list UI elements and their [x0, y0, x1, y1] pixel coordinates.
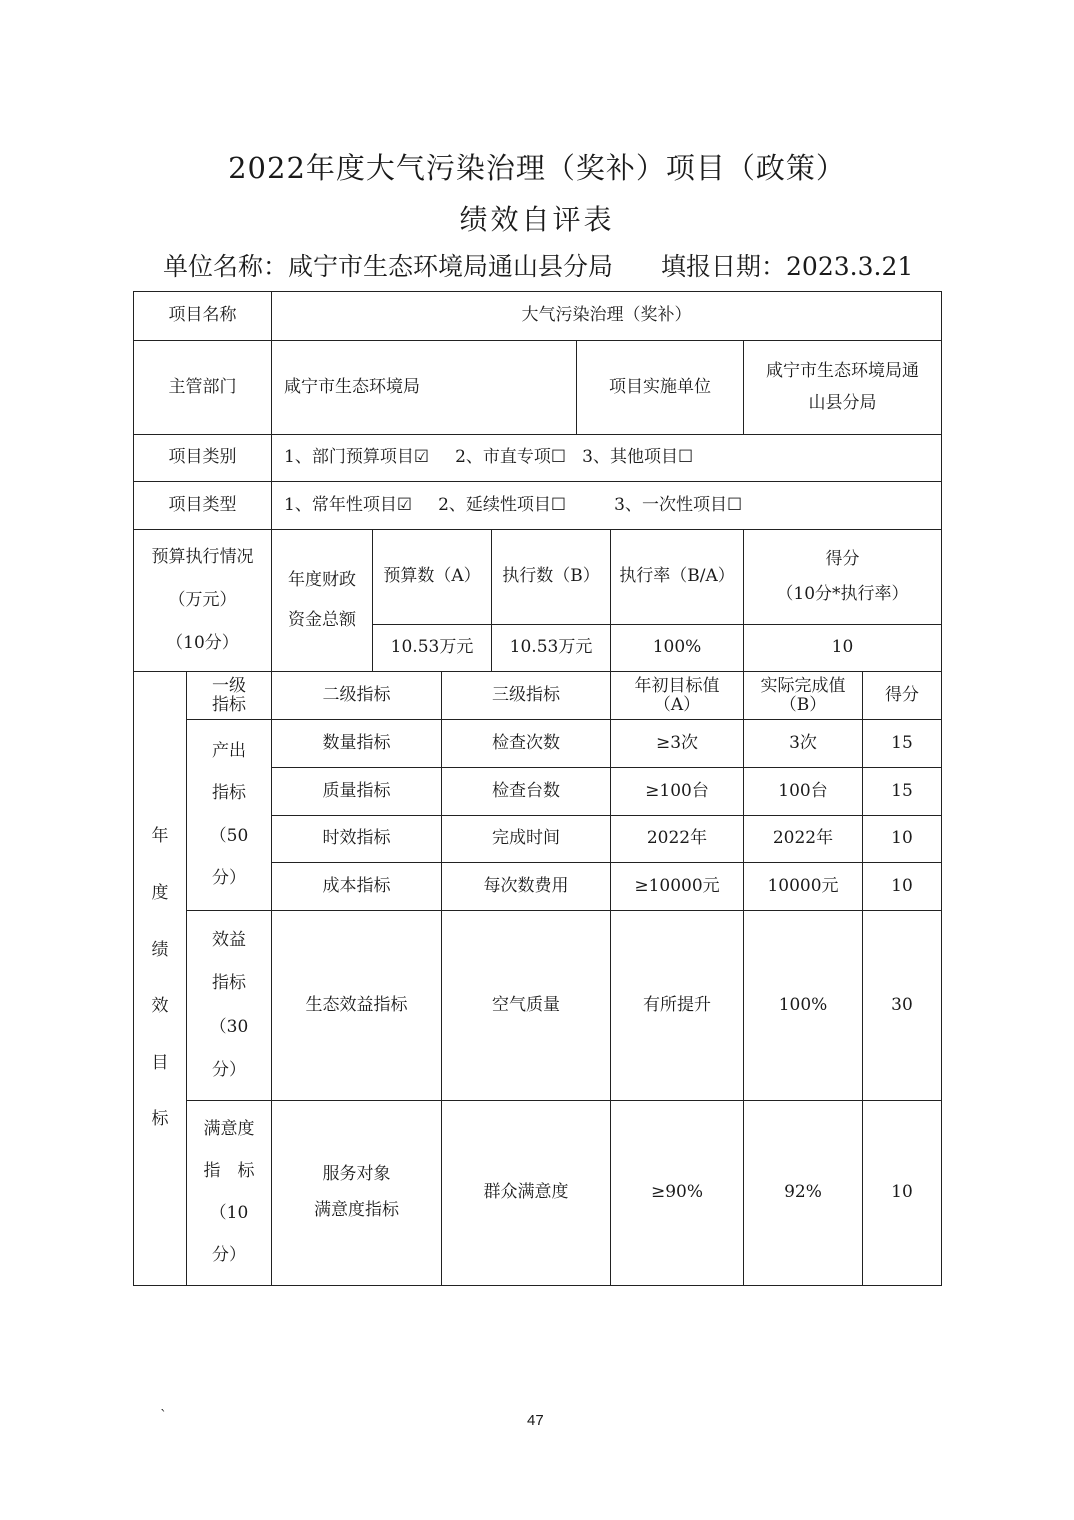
satisfaction-l3: 群众满意度 [441, 1100, 611, 1286]
table-row-actual: 10000元 [743, 862, 863, 911]
table-row-l2: 质量指标 [271, 767, 442, 816]
checkbox-checked-icon[interactable]: ☑ [414, 447, 429, 467]
header-actual: 实际完成值（B） [743, 671, 863, 720]
table-row-l3: 完成时间 [441, 815, 611, 863]
header-level3: 三级指标 [441, 671, 611, 720]
checkbox-empty-icon[interactable]: ☐ [678, 447, 693, 467]
satisfaction-indicator-label: 满意度指 标（10分） [186, 1100, 272, 1286]
document-title: 2022年度大气污染治理（奖补）项目（政策） [0, 146, 1074, 187]
table-row-actual: 2022年 [743, 815, 863, 863]
benefit-actual: 100% [743, 910, 863, 1101]
benefit-indicator-label: 效益指标（30分） [186, 910, 272, 1101]
category-option-2[interactable]: 2、市直专项☐ [455, 447, 566, 468]
header-level1: 一级指标 [186, 671, 272, 720]
satisfaction-score: 10 [862, 1100, 942, 1286]
impl-unit-label: 项目实施单位 [576, 340, 744, 435]
benefit-l3: 空气质量 [441, 910, 611, 1101]
budget-score-value: 10 [743, 624, 942, 672]
type-options: 1、常年性项目☑ 2、延续性项目☐ 3、一次性项目☐ [271, 481, 942, 530]
table-row-score: 15 [862, 767, 942, 816]
benefit-target: 有所提升 [610, 910, 744, 1101]
table-row-target: 2022年 [610, 815, 744, 863]
evaluation-table: 项目名称 大气污染治理（奖补） 主管部门 咸宁市生态环境局 项目实施单位 咸宁市… [133, 291, 942, 1286]
table-row-target: ≥3次 [610, 719, 744, 768]
page-number: 47 [527, 1412, 544, 1429]
table-row-l2: 时效指标 [271, 815, 442, 863]
table-row-target: ≥100台 [610, 767, 744, 816]
impl-unit-value: 咸宁市生态环境局通山县分局 [743, 340, 942, 435]
checkbox-empty-icon[interactable]: ☐ [551, 447, 566, 467]
annual-fund-label: 年度财政资金总额 [271, 529, 373, 672]
table-row-score: 10 [862, 862, 942, 911]
table-row-l3: 检查台数 [441, 767, 611, 816]
type-option-1[interactable]: 1、常年性项目☑ [284, 495, 412, 516]
header-score: 得分 [862, 671, 942, 720]
benefit-l2: 生态效益指标 [271, 910, 442, 1101]
project-name-label: 项目名称 [133, 291, 272, 341]
impl-unit-line1: 咸宁市生态环境局通 [766, 361, 919, 382]
budget-label: 预算执行情况（万元）（10分） [133, 529, 272, 672]
table-row-score: 15 [862, 719, 942, 768]
checkbox-empty-icon[interactable]: ☐ [727, 495, 742, 515]
table-row-l2: 成本指标 [271, 862, 442, 911]
output-indicator-label: 产出指标（50分） [186, 719, 272, 911]
footer-mark: ` [160, 1408, 167, 1424]
satisfaction-l2: 服务对象满意度指标 [271, 1100, 442, 1286]
table-row-target: ≥10000元 [610, 862, 744, 911]
unit-date-line: 单位名称：咸宁市生态环境局通山县分局填报日期：2023.3.21 [163, 247, 913, 283]
category-option-3[interactable]: 3、其他项目☐ [582, 447, 693, 468]
unit-name: 单位名称：咸宁市生态环境局通山县分局 [163, 252, 613, 281]
document-subtitle: 绩效自评表 [0, 198, 1074, 238]
col-rate-header: 执行率（B/A） [610, 529, 744, 625]
header-target: 年初目标值（A） [610, 671, 744, 720]
table-row-l2: 数量指标 [271, 719, 442, 768]
table-row-l3: 每次数费用 [441, 862, 611, 911]
category-option-1[interactable]: 1、部门预算项目☑ [284, 447, 429, 468]
type-label: 项目类型 [133, 481, 272, 530]
checkbox-empty-icon[interactable]: ☐ [551, 495, 566, 515]
col-exec-header: 执行数（B） [491, 529, 611, 625]
benefit-score: 30 [862, 910, 942, 1101]
type-option-2[interactable]: 2、延续性项目☐ [438, 495, 566, 516]
table-row-actual: 3次 [743, 719, 863, 768]
exec-value: 10.53万元 [491, 624, 611, 672]
table-row-score: 10 [862, 815, 942, 863]
header-level2: 二级指标 [271, 671, 442, 720]
category-label: 项目类别 [133, 434, 272, 482]
rate-value: 100% [610, 624, 744, 672]
satisfaction-target: ≥90% [610, 1100, 744, 1286]
category-options: 1、部门预算项目☑ 2、市直专项☐ 3、其他项目☐ [271, 434, 942, 482]
checkbox-checked-icon[interactable]: ☑ [397, 495, 412, 515]
col-score-header: 得分（10分*执行率） [743, 529, 942, 625]
dept-value: 咸宁市生态环境局 [271, 340, 577, 435]
table-row-l3: 检查次数 [441, 719, 611, 768]
table-row-actual: 100台 [743, 767, 863, 816]
dept-label: 主管部门 [133, 340, 272, 435]
impl-unit-line2: 山县分局 [809, 393, 877, 414]
budget-value: 10.53万元 [372, 624, 492, 672]
type-option-3[interactable]: 3、一次性项目☐ [614, 495, 742, 516]
report-date: 填报日期：2023.3.21 [661, 252, 913, 281]
annual-goal-side-label: 年度绩效目标 [133, 671, 187, 1286]
project-name-value: 大气污染治理（奖补） [271, 291, 942, 341]
satisfaction-actual: 92% [743, 1100, 863, 1286]
col-budget-header: 预算数（A） [372, 529, 492, 625]
